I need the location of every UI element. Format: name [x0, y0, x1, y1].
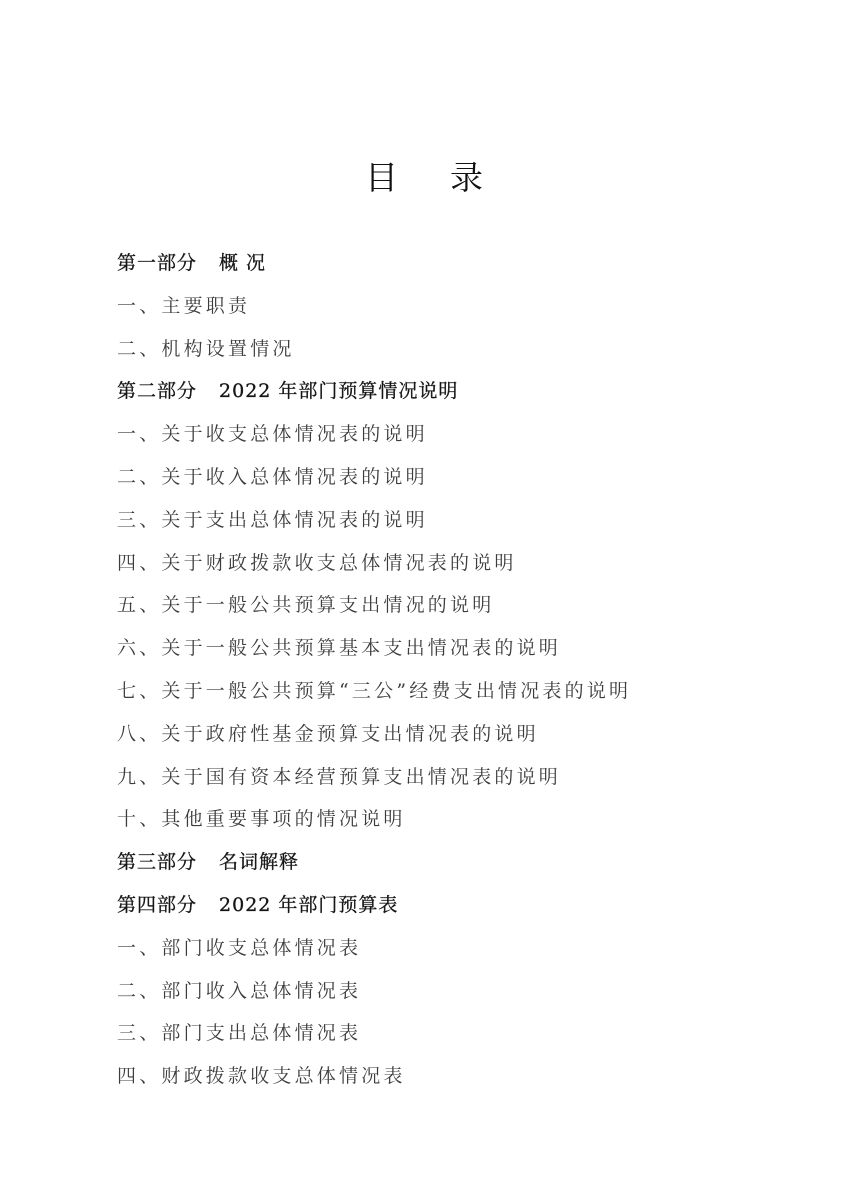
toc-item[interactable]: 二、关于收入总体情况表的说明 [117, 460, 757, 503]
section-label: 概 况 [219, 252, 266, 274]
toc-item[interactable]: 七、关于一般公共预算“三公”经费支出情况表的说明 [117, 674, 757, 717]
section-label: 2022 年部门预算情况说明 [219, 380, 458, 402]
section-label: 2022 年部门预算表 [219, 894, 398, 916]
toc-item[interactable]: 二、部门收入总体情况表 [117, 974, 757, 1017]
toc-section-part1[interactable]: 第一部分概 况 [117, 246, 757, 289]
toc-item[interactable]: 四、财政拨款收支总体情况表 [117, 1059, 757, 1102]
section-number: 第一部分 [117, 246, 197, 280]
section-number: 第四部分 [117, 888, 197, 922]
toc-item[interactable]: 十、其他重要事项的情况说明 [117, 802, 757, 845]
toc-item[interactable]: 六、关于一般公共预算基本支出情况表的说明 [117, 631, 757, 674]
toc-item[interactable]: 八、关于政府性基金预算支出情况表的说明 [117, 717, 757, 760]
toc-item[interactable]: 二、机构设置情况 [117, 332, 757, 375]
toc-item[interactable]: 一、主要职责 [117, 289, 757, 332]
toc-item[interactable]: 三、部门支出总体情况表 [117, 1016, 757, 1059]
section-label: 名词解释 [219, 851, 299, 873]
page-title: 目录 [0, 152, 848, 199]
toc-section-part3[interactable]: 第三部分名词解释 [117, 845, 757, 888]
toc-section-part2[interactable]: 第二部分2022 年部门预算情况说明 [117, 374, 757, 417]
toc-item[interactable]: 三、关于支出总体情况表的说明 [117, 503, 757, 546]
toc-item[interactable]: 一、关于收支总体情况表的说明 [117, 417, 757, 460]
title-char-1: 目 [365, 152, 398, 199]
table-of-contents: 第一部分概 况 一、主要职责 二、机构设置情况 第二部分2022 年部门预算情况… [117, 246, 757, 1102]
section-number: 第二部分 [117, 374, 197, 408]
toc-section-part4[interactable]: 第四部分2022 年部门预算表 [117, 888, 757, 931]
toc-item[interactable]: 九、关于国有资本经营预算支出情况表的说明 [117, 760, 757, 803]
toc-item[interactable]: 四、关于财政拨款收支总体情况表的说明 [117, 546, 757, 589]
section-number: 第三部分 [117, 845, 197, 879]
toc-item[interactable]: 五、关于一般公共预算支出情况的说明 [117, 588, 757, 631]
toc-item[interactable]: 一、部门收支总体情况表 [117, 931, 757, 974]
document-page: 目录 第一部分概 况 一、主要职责 二、机构设置情况 第二部分2022 年部门预… [0, 0, 848, 1200]
title-char-2: 录 [450, 152, 483, 199]
